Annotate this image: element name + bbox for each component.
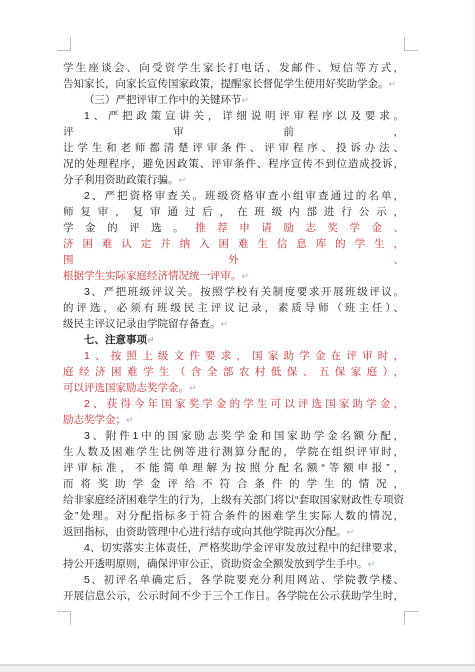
- text-line: 评审标准，不能简单理解为按照分配名额“等额申报”，不得出现为完成任务: [63, 460, 404, 476]
- body-text: 3、附件1中的国家励志奖学金和国家助学金名额分配，是主要根据学院学: [84, 430, 404, 444]
- body-text: 级民主评议记录由学院留存备查。: [63, 318, 221, 330]
- text-line: 庭经济困难学生（含全部农村低保、五保家庭），评选国家助学金的学生同时: [63, 364, 404, 380]
- body-text: 分子利用资助政策行骗。: [63, 174, 179, 186]
- text-line: 3、严把班级评议关。按照学校有关制度要求开展班级评议。所有奖助学金: [63, 284, 404, 300]
- body-text: 七、注意事项: [84, 334, 147, 346]
- body-text: 持公开透明原则，确保评审公正，资助资金全额发放到学生手中。: [63, 558, 368, 570]
- body-text: 1、严把政策宣讲关，详细说明评审程序以及要求。各学院在开展奖助学金: [84, 110, 404, 124]
- line-break-mark-icon: ↵: [368, 559, 376, 569]
- line-break-mark-icon: ↵: [179, 175, 187, 185]
- text-line: 可以评选国家励志奖学金。↵: [63, 380, 404, 396]
- page-gap: [0, 664, 475, 672]
- text-line: 返回指标，由资助管理中心进行结存或向其他学院再次分配。↵: [63, 524, 404, 540]
- body-text: 告知家长，向家长宣传国家政策，提醒家长督促学生使用好奖助学金。: [63, 78, 389, 90]
- red-emphasis-text: 励志奖学金；: [63, 414, 126, 426]
- text-line: 学生座谈会、向受资学生家长打电话、发邮件、短信等方式，将学生受助情况↵: [63, 60, 404, 76]
- body-text: 生人数及困难学生比例等进行测算分配的，学院在组织评审时，应该严格执行: [63, 446, 404, 460]
- text-line: 4、切实落实主体责任，严格奖助学金评审发放过程中的纪律要求，始终坚: [63, 540, 404, 556]
- text-line: 围外、不得把上学年获得过国家奖助学金的学生排除在本学年申请范围外，要: [63, 252, 404, 268]
- body-text: 评审标准，不能简单理解为按照分配名额“等额申报”，不得出现为完成任务: [63, 462, 404, 476]
- body-text: 评审前，要将各类奖助学金的政策宣传到所有学生和每一个参加评审的老师，: [63, 126, 404, 140]
- red-emphasis-text: 围外、不得把上学年获得过国家奖助学金的学生排除在本学年申请范围外，要: [63, 254, 404, 268]
- body-text: 开展信息公示，公示时间不少于三个工作日。各学院在公示获助学生时，要严: [63, 590, 404, 604]
- body-text: 况的处理程序，避免因政策、评审条件、程序宣传不到位造成投诉，防止不法: [63, 158, 404, 172]
- text-line: 2、严把资格审查关。班级资格审查小组审查通过的名单，必须经由素质导↵: [63, 188, 404, 204]
- text-line: （三）严把评审工作中的关键环节↵: [63, 92, 404, 108]
- margin-corner-mark-top-right: [404, 37, 418, 51]
- text-line: 分子利用资助政策行骗。↵: [63, 172, 404, 188]
- text-line: 的评选，必须有班级民主评议记录，素质导师（班主任）、班级学生签字，班: [63, 300, 404, 316]
- text-line: 级民主评议记录由学院留存备查。↵: [63, 316, 404, 332]
- word-document-page: 学生座谈会、向受资学生家长打电话、发邮件、短信等方式，将学生受助情况↵告知家长，…: [0, 0, 475, 672]
- text-line: 根据学生实际家庭经济情况统一评审。↵: [63, 268, 404, 284]
- text-line: 学金的评选。推荐申请励志奖学金、国家助学金的学生必须为已经通过家庭经: [63, 220, 404, 236]
- body-text: 3、严把班级评议关。按照学校有关制度要求开展班级评议。所有奖助学金: [84, 286, 404, 300]
- line-break-mark-icon: ↵: [347, 527, 355, 537]
- text-line: 5、初评名单确定后，各学院要充分利用网站、学院教学楼、寝室楼等平台: [63, 572, 404, 588]
- text-line: 而将奖助学金评给不符合条件的学生的情况，将国家励志奖学金和助学金发放: [63, 476, 404, 492]
- text-line: 持公开透明原则，确保评审公正，资助资金全额发放到学生手中。↵: [63, 556, 404, 572]
- red-emphasis-text: 根据学生实际家庭经济情况统一评审。: [63, 270, 242, 282]
- red-emphasis-text: 庭经济困难学生（含全部农村低保、五保家庭），评选国家助学金的学生同时: [63, 366, 404, 380]
- text-line: 金”处理。对分配指标多于符合条件的困难学生实际人数的情况，学院应及时: [63, 508, 404, 524]
- red-emphasis-text: 2、获得今年国家奖学金的学生可以评选国家助学金，但不能同时评选国家: [84, 398, 404, 412]
- section-heading-line: 七、注意事项↵: [63, 332, 404, 348]
- text-line: 1、严把政策宣讲关，详细说明评审程序以及要求。各学院在开展奖助学金: [63, 108, 404, 124]
- body-text: 让学生和老师都清楚评审条件、评审程序、投诉办法、投诉内容及各种违规情: [63, 142, 404, 156]
- body-text: 的评选，必须有班级民主评议记录，素质导师（班主任）、班级学生签字，班: [63, 302, 404, 316]
- body-text: （三）严把评审工作中的关键环节: [84, 94, 242, 106]
- line-break-mark-icon: ↵: [242, 271, 250, 281]
- margin-corner-mark-top-left: [57, 37, 71, 51]
- text-line: 生人数及困难学生比例等进行测算分配的，学院在组织评审时，应该严格执行: [63, 444, 404, 460]
- margin-corner-mark-bottom-right: [404, 611, 418, 625]
- text-line: 给非家庭经济困难学生的行为，上级有关部门将以“套取国家财政性专项资: [63, 492, 404, 508]
- body-text: 学生座谈会、向受资学生家长打电话、发邮件、短信等方式，将学生受助情况: [63, 62, 404, 76]
- line-break-mark-icon: ↵: [221, 319, 229, 329]
- body-text: 4、切实落实主体责任，严格奖助学金评审发放过程中的纪律要求，始终坚: [84, 542, 404, 556]
- body-text: 2、严把资格审查关。班级资格审查小组审查通过的名单，必须经由素质导: [84, 190, 404, 204]
- body-text: 而将奖助学金评给不符合条件的学生的情况，将国家励志奖学金和助学金发放: [63, 478, 404, 492]
- line-break-mark-icon: ↵: [189, 383, 197, 393]
- text-line: 励志奖学金；↵: [63, 412, 404, 428]
- margin-corner-mark-bottom-left: [57, 611, 71, 625]
- line-break-mark-icon: ↵: [147, 335, 155, 345]
- red-emphasis-text: 可以评选国家励志奖学金。: [63, 382, 189, 394]
- text-line: 2、获得今年国家奖学金的学生可以评选国家助学金，但不能同时评选国家: [63, 396, 404, 412]
- text-line: 济困难认定并纳入困难生信息库的学生，不得把毕业班学生排除在受助学生范: [63, 236, 404, 252]
- text-line: 3、附件1中的国家励志奖学金和国家助学金名额分配，是主要根据学院学: [63, 428, 404, 444]
- document-text-area[interactable]: 学生座谈会、向受资学生家长打电话、发邮件、短信等方式，将学生受助情况↵告知家长，…: [63, 60, 404, 604]
- body-text: 金”处理。对分配指标多于符合条件的困难学生实际人数的情况，学院应及时: [63, 510, 404, 524]
- body-text: 师复审，复审通过后，在班级内部进行公示，确保有资格的同学才能参与奖助: [63, 206, 404, 220]
- body-text: 学金的评选。: [63, 222, 195, 234]
- text-line: 况的处理程序，避免因政策、评审条件、程序宣传不到位造成投诉，防止不法: [63, 156, 404, 172]
- body-text: 返回指标，由资助管理中心进行结存或向其他学院再次分配。: [63, 526, 347, 538]
- text-line: 开展信息公示，公示时间不少于三个工作日。各学院在公示获助学生时，要严: [63, 588, 404, 604]
- text-line: 师复审，复审通过后，在班级内部进行公示，确保有资格的同学才能参与奖助: [63, 204, 404, 220]
- line-break-mark-icon: ↵: [126, 415, 134, 425]
- text-line: 1、按照上级文件要求，国家助学金在评审时，原则上优先资助建档立卡家: [63, 348, 404, 364]
- body-text: 5、初评名单确定后，各学院要充分利用网站、学院教学楼、寝室楼等平台: [84, 574, 404, 588]
- page-right-edge-shadow: [471, 0, 475, 672]
- red-emphasis-text: 1、按照上级文件要求，国家助学金在评审时，原则上优先资助建档立卡家: [84, 350, 404, 364]
- text-line: 告知家长，向家长宣传国家政策，提醒家长督促学生使用好奖助学金。↵: [63, 76, 404, 92]
- line-break-mark-icon: ↵: [389, 79, 397, 89]
- text-line: 评审前，要将各类奖助学金的政策宣传到所有学生和每一个参加评审的老师，: [63, 124, 404, 140]
- text-line: 让学生和老师都清楚评审条件、评审程序、投诉办法、投诉内容及各种违规情: [63, 140, 404, 156]
- red-emphasis-text: 济困难认定并纳入困难生信息库的学生，不得把毕业班学生排除在受助学生范: [63, 238, 404, 252]
- body-text: 给非家庭经济困难学生的行为，上级有关部门将以“套取国家财政性专项资: [63, 494, 404, 506]
- line-break-mark-icon: ↵: [242, 95, 250, 105]
